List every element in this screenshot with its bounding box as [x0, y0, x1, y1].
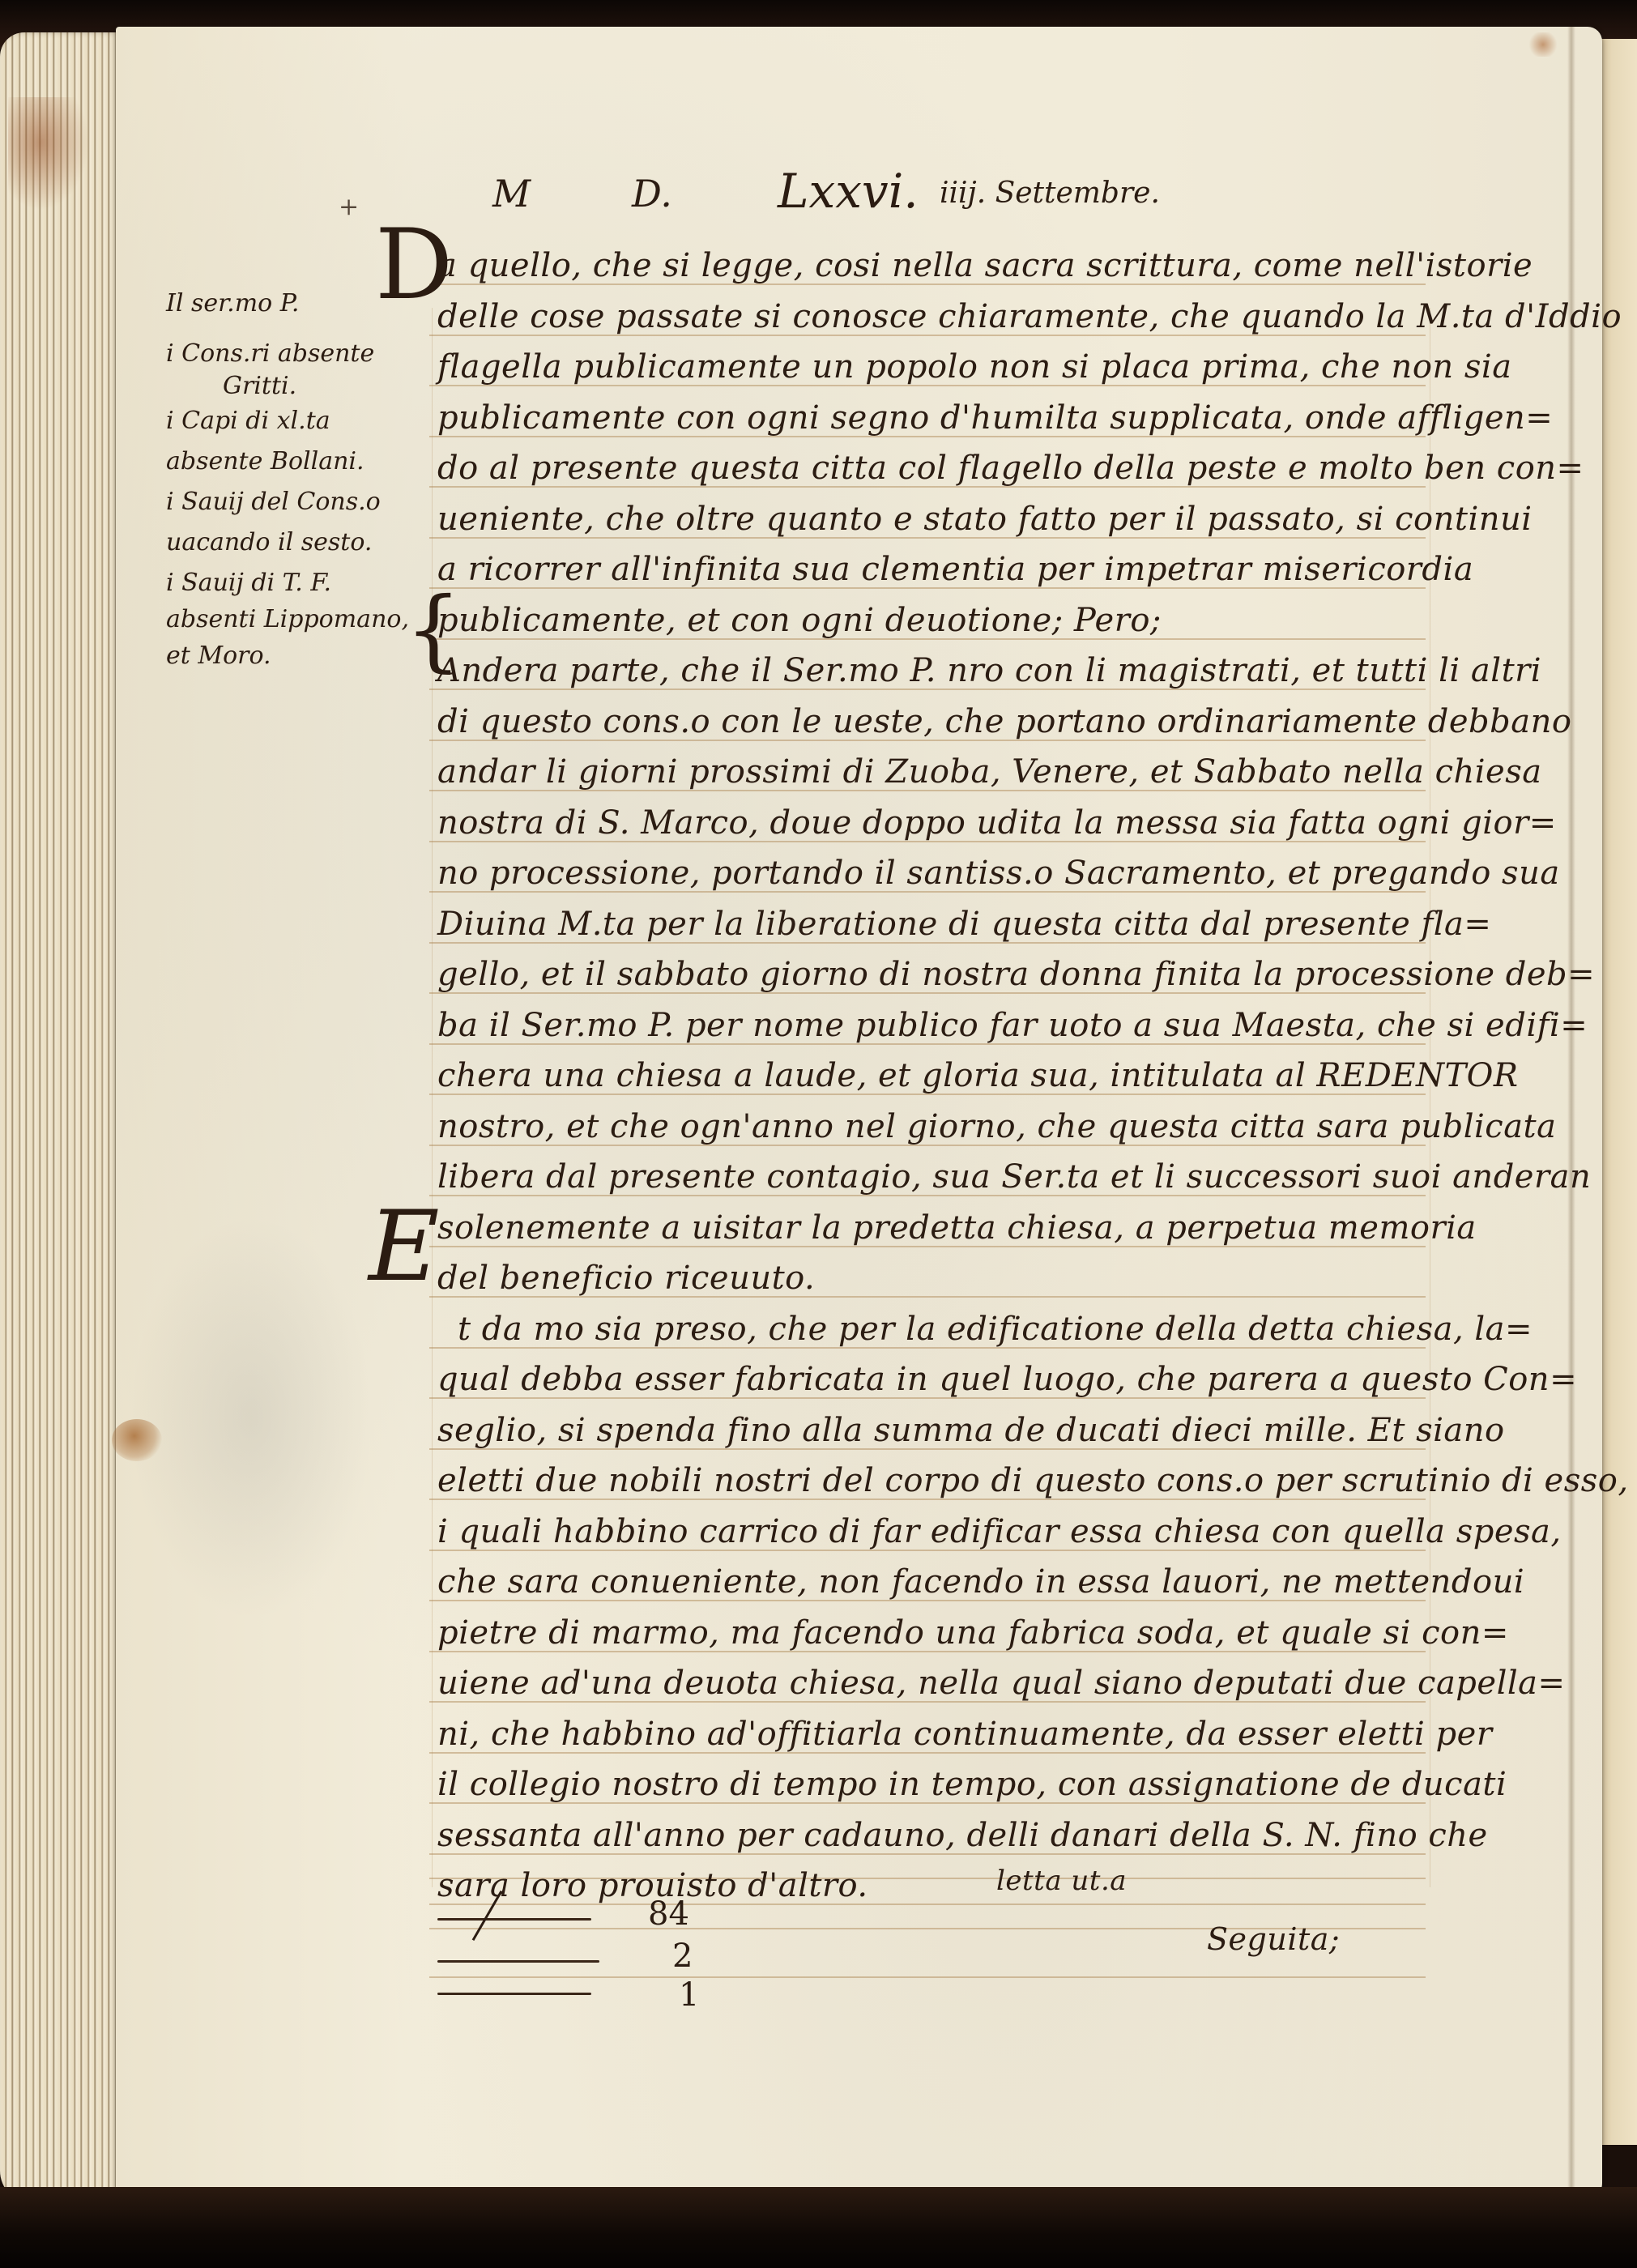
date-part-d: D.: [632, 172, 672, 215]
body-line: seglio, si spenda fino alla summa de duc…: [437, 1414, 1505, 1447]
margin-note: absenti Lippomano,: [166, 607, 409, 632]
body-line: ni, che habbino ad'offitiarla continuame…: [437, 1718, 1492, 1750]
body-line: ba il Ser.mo P. per nome publico far uot…: [437, 1009, 1588, 1042]
body-line: che sara conueniente, non facendo in ess…: [437, 1566, 1524, 1598]
decorated-initial-e: E: [369, 1199, 440, 1296]
body-line: qual debba esser fabricata in quel luogo…: [437, 1363, 1577, 1396]
leaf-fold-shadow: [1567, 27, 1575, 2204]
margin-note: Gritti.: [223, 374, 296, 399]
body-line: pietre di marmo, ma facendo una fabrica …: [437, 1617, 1509, 1649]
body-line: libera dal presente contagio, sua Ser.ta…: [437, 1161, 1591, 1193]
body-line: il collegio nostro di tempo in tempo, co…: [437, 1768, 1507, 1801]
body-line: a ricorrer all'infinita sua clementia pe…: [437, 553, 1473, 586]
margin-note: i Cons.ri absente: [166, 342, 374, 366]
date-part-day: iiij. Settembre.: [940, 177, 1160, 210]
top-edge-stain: [1527, 32, 1559, 57]
body-line: nostra di S. Marco, doue doppo udita la …: [437, 807, 1557, 839]
body-line: sessanta all'anno per cadauno, delli dan…: [437, 1819, 1488, 1852]
tally-stroke-3: [437, 1993, 591, 1995]
margin-note: i Sauij di T. F.: [166, 571, 331, 595]
edge-stain: [8, 97, 89, 211]
body-line: solenemente a uisitar la predetta chiesa…: [437, 1212, 1477, 1244]
tally-value-no: 2: [672, 1938, 693, 1975]
body-line: Diuina M.ta per la liberatione di questa…: [437, 908, 1491, 940]
body-line: Andera parte, che il Ser.mo P. nro con l…: [437, 654, 1541, 687]
body-line: eletti due nobili nostri del corpo di qu…: [437, 1464, 1629, 1497]
body-line: t da mo sia preso, che per la edificatio…: [458, 1313, 1533, 1345]
margin-note: Il ser.mo P.: [166, 292, 299, 316]
body-line: uiene ad'una deuota chiesa, nella qual s…: [437, 1667, 1566, 1699]
body-line: flagella publicamente un popolo non si p…: [437, 351, 1512, 383]
continuation-mark: Seguita;: [1207, 1921, 1340, 1957]
margin-note: uacando il sesto.: [166, 531, 372, 555]
ruled-line: [429, 1976, 1426, 1978]
body-line: del beneficio riceuuto.: [437, 1262, 815, 1294]
body-line: chera una chiesa a laude, et gloria sua,…: [437, 1059, 1519, 1092]
binding-bottom: [0, 2187, 1637, 2268]
tally-stroke-1: [437, 1918, 591, 1921]
body-line: di questo cons.o con le ueste, che porta…: [437, 706, 1571, 738]
brown-stain: [112, 1419, 162, 1461]
tally-stroke-2: [437, 1960, 599, 1963]
body-line: delle cose passate si conosce chiarament…: [437, 301, 1622, 333]
body-line: publicamente, et con ogni deuotione; Per…: [437, 604, 1162, 637]
body-line: no processione, portando il santiss.o Sa…: [437, 857, 1560, 889]
margin-note: i Capi di xl.ta: [166, 409, 330, 433]
body-line: i quali habbino carrico di far edificar …: [437, 1516, 1562, 1548]
margin-note: i Sauij del Cons.o: [166, 490, 381, 514]
body-line: gello, et il sabbato giorno di nostra do…: [437, 958, 1595, 991]
reading-note: letta ut.a: [996, 1865, 1127, 1897]
margin-note: et Moro.: [166, 644, 271, 668]
body-line: nostro, et che ogn'anno nel giorno, che …: [437, 1111, 1556, 1143]
body-line: do al presente questa citta col flagello…: [437, 452, 1584, 484]
show-through-ghost: [130, 1215, 373, 1620]
body-line: andar li giorni prossimi di Zuoba, Vener…: [437, 756, 1542, 788]
date-part-year: Lxxvi.: [778, 164, 919, 219]
body-line: publicamente con ogni segno d'humilta su…: [437, 402, 1553, 434]
tally-value-abstain: 1: [679, 1976, 699, 2014]
body-line: a quello, che si legge, cosi nella sacra…: [437, 249, 1533, 282]
margin-note: absente Bollani.: [166, 450, 364, 474]
date-part-m: M: [492, 172, 531, 215]
cross-mark: +: [339, 193, 359, 221]
tally-value-yes: 84: [648, 1895, 689, 1933]
stacked-page-edges: [0, 32, 121, 2203]
body-line: ueniente, che oltre quanto e stato fatto…: [437, 503, 1533, 535]
